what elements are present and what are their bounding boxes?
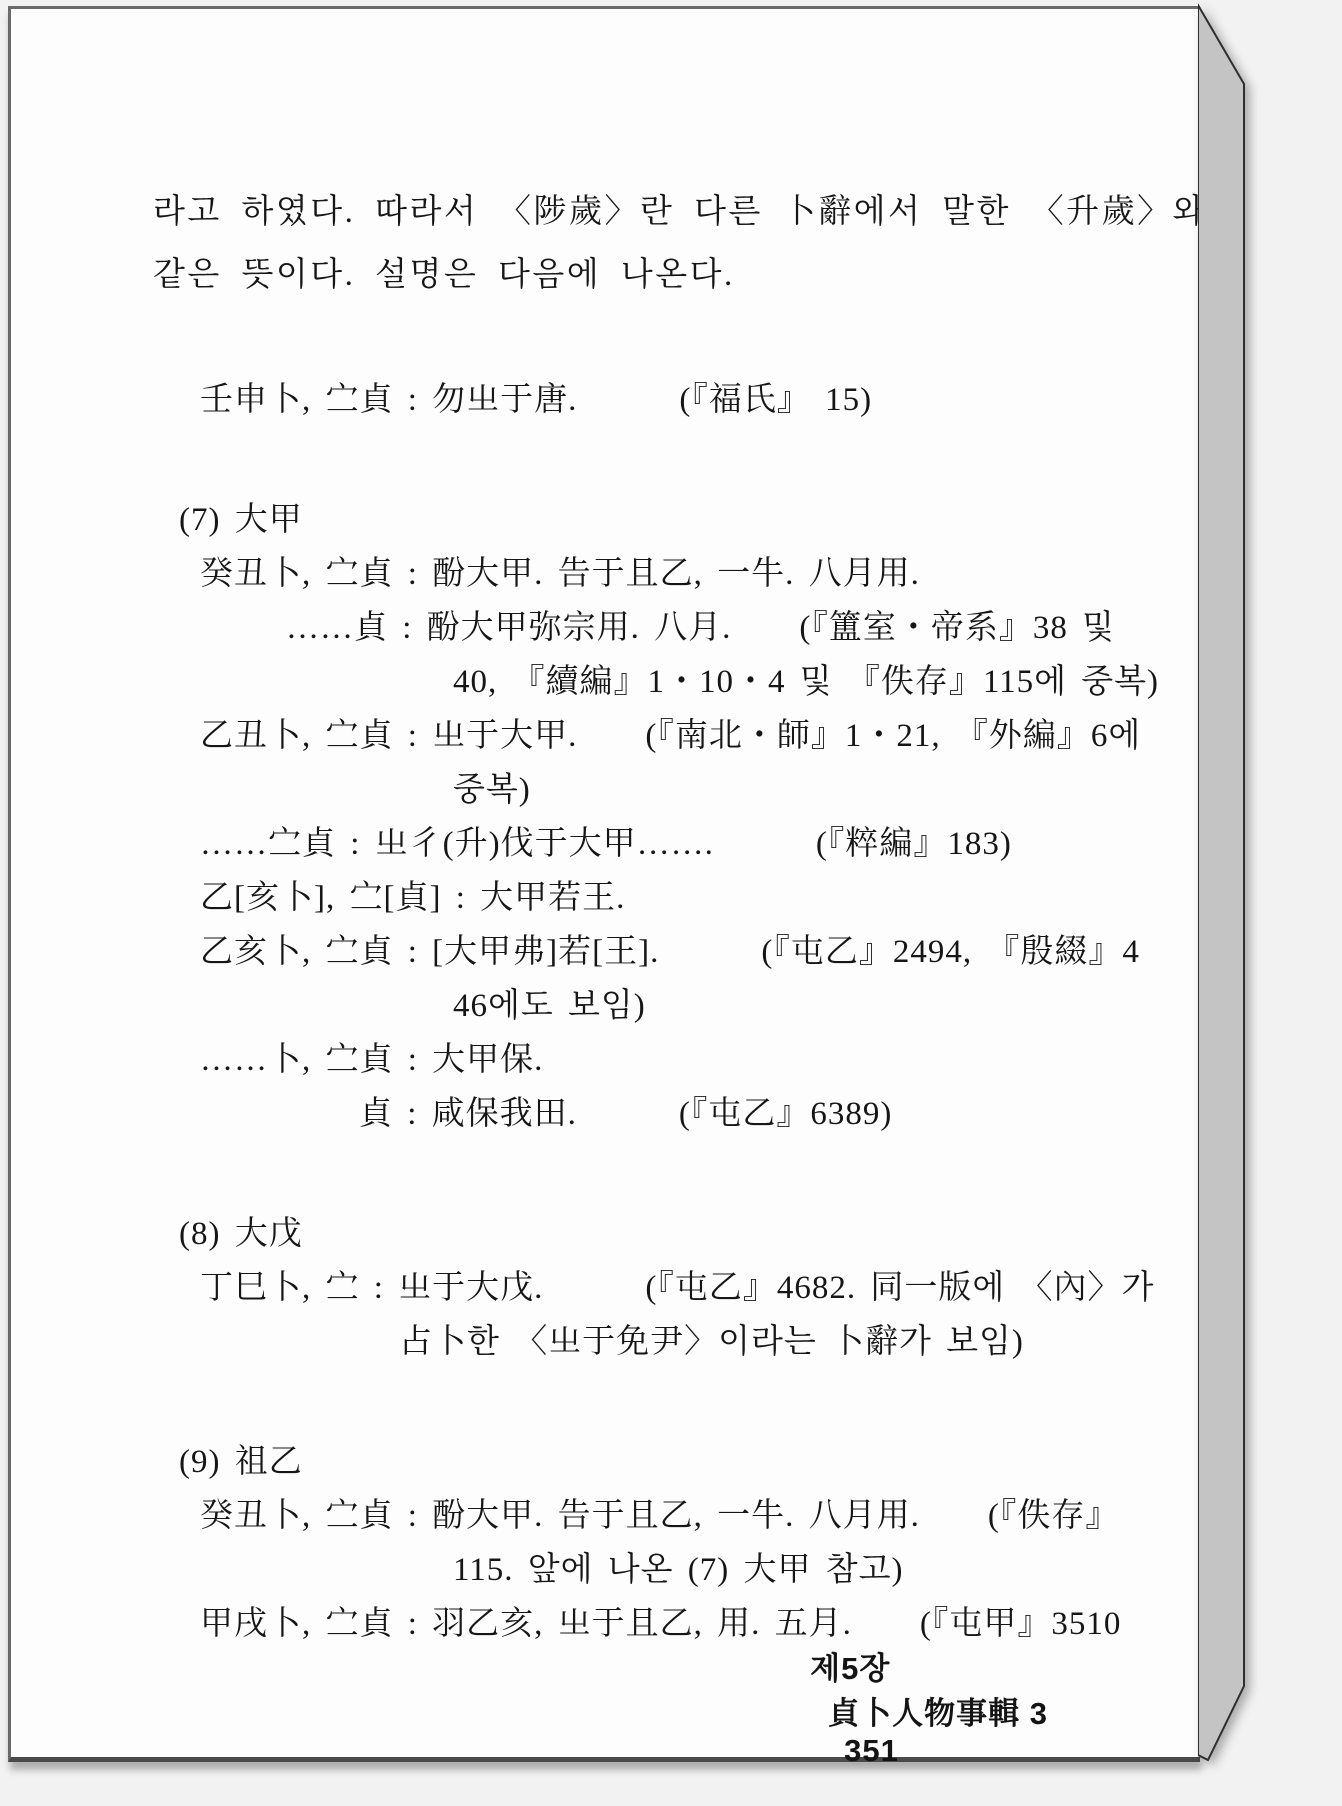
footer-chapter: 제5장 <box>810 1651 890 1686</box>
text-line: 占卜한 〈㞢于免尹〉이라는 卜辭가 보임) <box>399 1315 1060 1369</box>
text-line: 乙亥卜, 㝉貞 : [大甲弗]若[王]. (『屯乙』2494, 『殷綴』4 <box>200 925 1060 979</box>
book-page-scan: 라고 하였다. 따라서 〈陟歲〉란 다른 卜辭에서 말한 〈升歲〉와같은 뜻이다… <box>0 0 1342 1806</box>
text-body: 라고 하였다. 따라서 〈陟歲〉란 다른 卜辭에서 말한 〈升歲〉와같은 뜻이다… <box>153 181 1060 1651</box>
text-line: 46에도 보임) <box>453 979 1060 1033</box>
text-line: (9) 祖乙 <box>179 1435 1060 1489</box>
footer-page-number: 351 <box>844 1733 899 1768</box>
text-line: (8) 大戊 <box>179 1207 1060 1261</box>
text-line: 乙丑卜, 㝉貞 : 㞢于大甲. (『南北・師』1・21, 『外編』6에 <box>200 709 1060 763</box>
page-footer: 제5장 貞卜人物事輯 3 351 <box>752 1607 1048 1805</box>
book-page-edge <box>1198 0 1260 1790</box>
text-line: 癸丑卜, 㝉貞 : 酚大甲. 告于且乙, 一牛. 八月用. <box>200 547 1060 601</box>
text-line: 115. 앞에 나온 (7) 大甲 참고) <box>453 1543 1060 1597</box>
text-line: 癸丑卜, 㝉貞 : 酚大甲. 告于且乙, 一牛. 八月用. (『佚存』 <box>200 1489 1060 1543</box>
text-line: 라고 하였다. 따라서 〈陟歲〉란 다른 卜辭에서 말한 〈升歲〉와 <box>153 181 1060 244</box>
text-line: 중복) <box>453 763 1060 817</box>
text-line: 貞 : 咸保我田. (『屯乙』6389) <box>359 1087 1060 1141</box>
text-line: 40, 『續編』1・10・4 및 『佚存』115에 중복) <box>453 655 1060 709</box>
text-line: 壬申卜, 㝉貞 : 勿㞢于唐. (『福氏』 15) <box>200 373 1060 427</box>
footer-title: 貞卜人物事輯 3 <box>828 1696 1048 1731</box>
text-line: ……㝉貞 : 㞢彳(升)伐于大甲……. (『粹編』183) <box>200 817 1060 871</box>
text-line: ……貞 : 酚大甲弥宗用. 八月. (『簠室・帝系』38 및 <box>286 601 1060 655</box>
paper-page: 라고 하였다. 따라서 〈陟歲〉란 다른 卜辭에서 말한 〈升歲〉와같은 뜻이다… <box>8 6 1200 1762</box>
text-line: 乙[亥卜], 㝉[貞] : 大甲若王. <box>200 871 1060 925</box>
text-line: ……卜, 㝉貞 : 大甲保. <box>200 1033 1060 1087</box>
text-line: 丁巳卜, 㝉 : 㞢于大戊. (『屯乙』4682. 同一版에 〈內〉가 <box>200 1261 1060 1315</box>
text-line: (7) 大甲 <box>179 493 1060 547</box>
text-line: 같은 뜻이다. 설명은 다음에 나온다. <box>153 244 1060 307</box>
